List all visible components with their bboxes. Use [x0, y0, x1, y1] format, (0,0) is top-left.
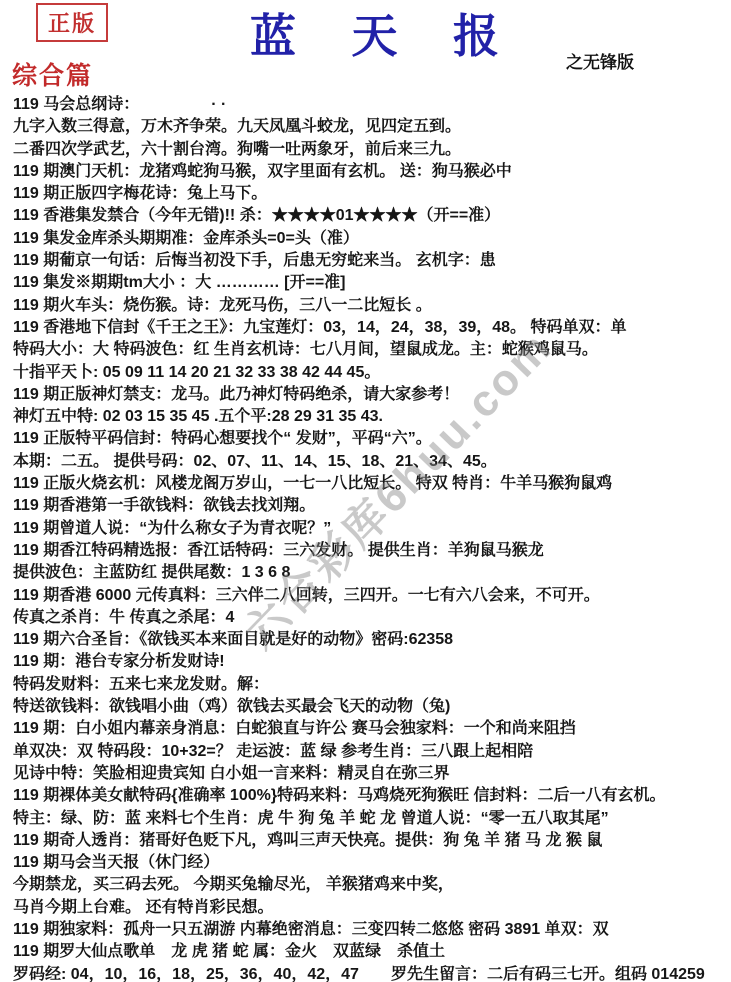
text-line: 特主：绿、防：蓝 来料七个生肖：虎 牛 狗 兔 羊 蛇 龙 曾道人说：“零一五八…	[13, 808, 729, 830]
newspaper-page: 正版 蓝 天 报 之无锋版 综合篇 119 马会总纲诗： · ·九字入数三得意，…	[0, 0, 731, 982]
text-line: 119 香港地下信封《千王之王》：九宝莲灯：03，14，24，38，39，48。…	[13, 317, 729, 339]
text-line: 119 正版火烧玄机：风楼龙阁万岁山，一七一八比短长。 特双 特肖：牛羊马猴狗鼠…	[13, 473, 729, 495]
text-line: 119 集发金库杀头期期准：金库杀头=0=头（准）	[13, 228, 729, 250]
text-line: 今期禁龙，买三码去死。 今期买兔输尽光， 羊猴猪鸡来中奖，	[13, 874, 729, 896]
text-line: 119 期香江特码精选报：香江话特码：三六发财。 提供生肖：羊狗鼠马猴龙	[13, 540, 729, 562]
text-line: 119 期火车头：烧伤猴。诗：龙死马伤，三八一二比短长 。	[13, 295, 729, 317]
text-line: 神灯五中特: 02 03 15 35 45 .五个平:28 29 31 35 4…	[13, 406, 729, 428]
text-line: 119 期：港台专家分析发财诗!	[13, 651, 729, 673]
text-line: 本期：二五。 提供号码：02、07、11、14、15、18、21、34、45。	[13, 451, 729, 473]
text-line: 二番四次学武艺，六十割台湾。狗嘴一吐两象牙，前后来三九。	[13, 139, 729, 161]
text-line: 见诗中特：笑脸相迎贵宾知 白小姐一言来料：精灵自在弥三界	[13, 763, 729, 785]
text-line: 罗码经: 04，10，16，18，25，36，40，42，47 罗先生留言：二后…	[13, 964, 729, 982]
text-line: 119 期澳门天机：龙猪鸡蛇狗马猴，双字里面有玄机。 送：狗马猴必中	[13, 161, 729, 183]
text-line: 119 集发※期期tm大小 ：大 ………… [开==准]	[13, 272, 729, 294]
text-line: 提供波色：主蓝防红 提供尾数：1 3 6 8	[13, 562, 729, 584]
text-line: 119 期六合圣旨：《欲钱买本来面目就是好的动物》密码:62358	[13, 629, 729, 651]
text-line: 单双决：双 特码段：10+32=？ 走运波：蓝 绿 参考生肖：三八跟上起相陪	[13, 741, 729, 763]
text-line: 119 期曾道人说：“为什么称女子为青衣呢？”	[13, 518, 729, 540]
text-line: 119 香港集发禁合（今年无错)!! 杀：★★★★01★★★★（开==准）	[13, 205, 729, 227]
text-line: 特码发财料：五来七来龙发财。解：	[13, 674, 729, 696]
text-line: 马肖今期上台难。 还有特肖彩民想。	[13, 897, 729, 919]
edition-subtitle: 之无锋版	[566, 48, 634, 73]
text-line: 119 期葡京一句话：后悔当初没下手，后患无穷蛇来当。 玄机字：患	[13, 250, 729, 272]
edition-badge: 正版	[36, 3, 108, 42]
text-line: 119 期独家料：孤舟一只五湖游 内幕绝密消息：三变四转二悠悠 密码 3891 …	[13, 919, 729, 941]
text-line: 119 期罗大仙点歌单 龙 虎 猪 蛇 属：金火 双蓝绿 杀值土	[13, 941, 729, 963]
text-line: 119 期马会当天报（休门经）	[13, 852, 729, 874]
text-line: 119 期正版神灯禁支：龙马。此乃神灯特码绝杀，请大家参考！	[13, 384, 729, 406]
text-line: 119 期奇人透肖：猪哥好色贬下凡，鸡叫三声天快亮。提供：狗 兔 羊 猪 马 龙…	[13, 830, 729, 852]
text-line: 119 正版特平码信封：特码心想要找个“ 发财”，平码“六”。	[13, 428, 729, 450]
text-line: 特码大小：大 特码波色：红 生肖玄机诗：七八月间，望鼠成龙。主：蛇猴鸡鼠马。	[13, 339, 729, 361]
section-heading: 综合篇	[12, 56, 93, 92]
text-line: 九字入数三得意，万木齐争荣。九天凤凰斗蛟龙，见四定五到。	[13, 116, 729, 138]
text-line: 119 马会总纲诗： · ·	[13, 94, 729, 116]
text-line: 特送欲钱料：欲钱唱小曲（鸡）欲钱去买最会飞天的动物（兔)	[13, 696, 729, 718]
text-line: 119 期香港 6000 元传真料：三六伴二八回转，三四开。一七有六八会来，不可…	[13, 585, 729, 607]
text-line: 119 期裸体美女献特码{准确率 100%}特码来料：马鸡烧死狗猴旺 信封料：二…	[13, 785, 729, 807]
text-line: 119 期：白小姐内幕亲身消息：白蛇狼直与许公 赛马会独家料：一个和尚来阻挡	[13, 718, 729, 740]
text-line: 传真之杀肖：牛 传真之杀尾：4	[13, 607, 729, 629]
text-line: 119 期正版四字梅花诗：兔上马下。	[13, 183, 729, 205]
content-lines: 119 马会总纲诗： · ·九字入数三得意，万木齐争荣。九天凤凰斗蛟龙，见四定五…	[13, 94, 729, 982]
text-line: 119 期香港第一手欲钱料：欲钱去找刘翔。	[13, 495, 729, 517]
text-line: 十指平天卜: 05 09 11 14 20 21 32 33 38 42 44 …	[13, 362, 729, 384]
page-title: 蓝 天 报	[250, 0, 521, 66]
